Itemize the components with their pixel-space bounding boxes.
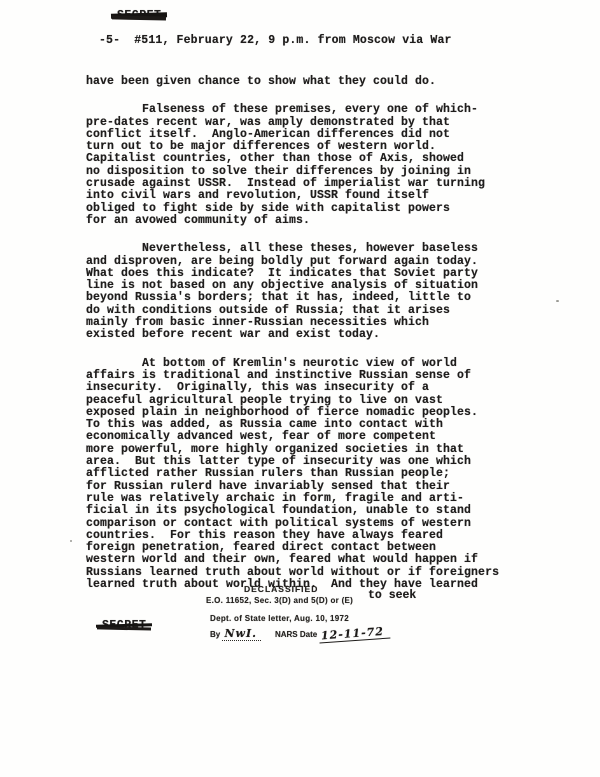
scan-speck <box>70 540 72 542</box>
scan-speck <box>556 300 559 302</box>
stamp-signature-handwriting: NwI. <box>222 627 261 641</box>
classification-top-label: SECRET <box>114 9 164 22</box>
paragraph-nevertheless: Nevertheless, all these theses, however … <box>86 243 526 341</box>
stamp-eo-line: E.O. 11652, Sec. 3(D) and 5(D) or (E) <box>206 596 430 605</box>
stamp-nars-line: By NwI.NARS Date 12-11-72 <box>210 627 430 641</box>
stamp-declassified-label: DECLASSIFIED <box>244 584 430 594</box>
stamp-by-label: By <box>210 630 220 639</box>
paragraph-falseness: Falseness of these premises, every one o… <box>86 104 526 227</box>
telegram-body: have been given chance to show what they… <box>86 76 526 607</box>
telegram-scan-page: SECRET -5- #511, February 22, 9 p.m. fro… <box>0 0 600 777</box>
stamp-dept-letter-line: Dept. of State letter, Aug. 10, 1972 <box>210 614 430 623</box>
declassification-stamp: DECLASSIFIED E.O. 11652, Sec. 3(D) and 5… <box>200 584 430 641</box>
paragraph-kremlin-view: At bottom of Kremlin's neurotic view of … <box>86 358 526 592</box>
stamp-date-handwriting: 12-11-72 <box>319 625 391 644</box>
classification-top: SECRET <box>114 9 164 22</box>
paragraph-continuation: have been given chance to show what they… <box>86 76 526 88</box>
stamp-nars-label: NARS Date <box>275 630 317 639</box>
classification-bottom-label: SECRET <box>99 619 149 632</box>
classification-bottom: SECRET <box>99 619 149 632</box>
telegram-header-line: -5- #511, February 22, 9 p.m. from Mosco… <box>99 34 452 47</box>
